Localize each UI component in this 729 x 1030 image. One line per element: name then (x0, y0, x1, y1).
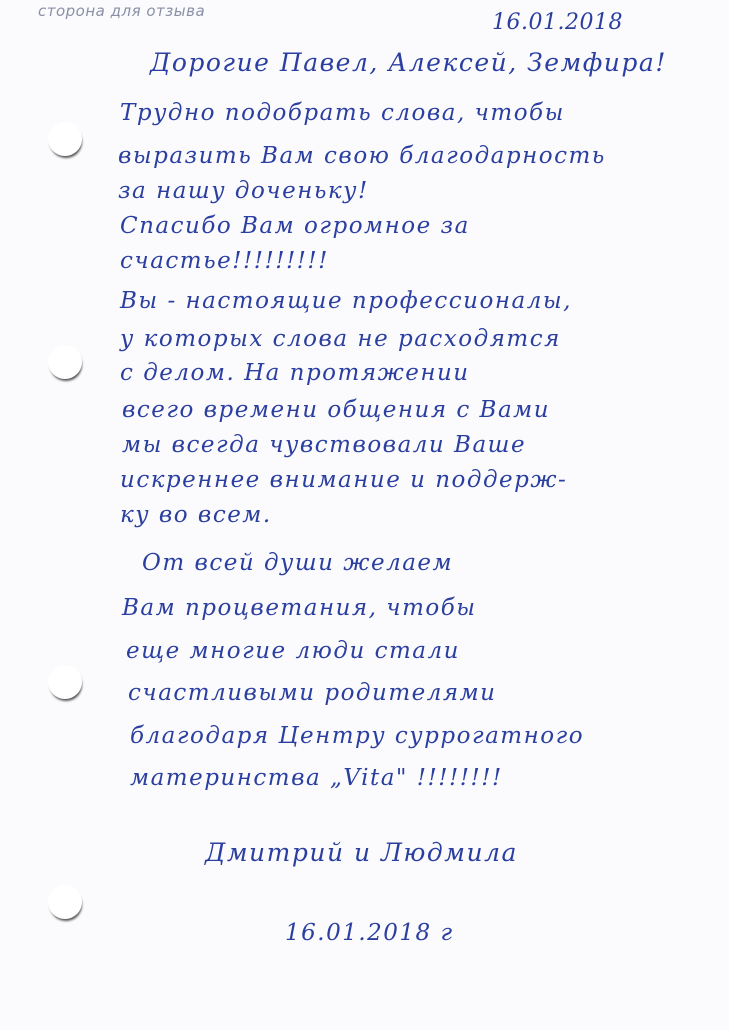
date-bottom: 16.01.2018 г (285, 920, 454, 946)
letter-line: за нашу доченьку! (118, 178, 369, 204)
letter-line: Трудно подобрать слова, чтобы (120, 100, 565, 126)
letter-line: еще многие люди стали (126, 638, 460, 664)
date-top: 16.01.2018 (492, 10, 623, 35)
punch-hole (48, 665, 82, 699)
punch-hole (48, 122, 82, 156)
punch-hole (48, 885, 82, 919)
corner-label: сторона для отзыва (38, 2, 205, 20)
signature: Дмитрий и Людмила (205, 838, 518, 867)
letter-line: у которых слова не расходятся (120, 326, 561, 352)
letter-line: Спасибо Вам огромное за (120, 213, 470, 239)
letter-line: Вы - настоящие профессионалы, (120, 288, 572, 314)
handwritten-letter-page: сторона для отзыва 16.01.2018 Дорогие Па… (0, 0, 729, 1030)
letter-line: мы всегда чувствовали Ваше (122, 432, 526, 458)
letter-line: всего времени общения с Вами (122, 397, 550, 423)
letter-line: искреннее внимание и поддерж- (120, 467, 567, 493)
letter-line: счастливыми родителями (128, 680, 497, 706)
letter-line: выразить Вам свою благодарность (118, 143, 606, 169)
letter-line: с делом. На протяжении (120, 360, 470, 386)
greeting: Дорогие Павел, Алексей, Земфира! (150, 48, 667, 77)
letter-line: счастье!!!!!!!!! (120, 248, 329, 274)
letter-line: благодаря Центру суррогатного (130, 723, 584, 749)
letter-line: материнства „Vita" !!!!!!!! (130, 765, 503, 791)
letter-line: ку во всем. (120, 502, 272, 528)
letter-line: От всей души желаем (142, 550, 453, 576)
punch-hole (48, 345, 82, 379)
letter-line: Вам процветания, чтобы (122, 595, 477, 621)
